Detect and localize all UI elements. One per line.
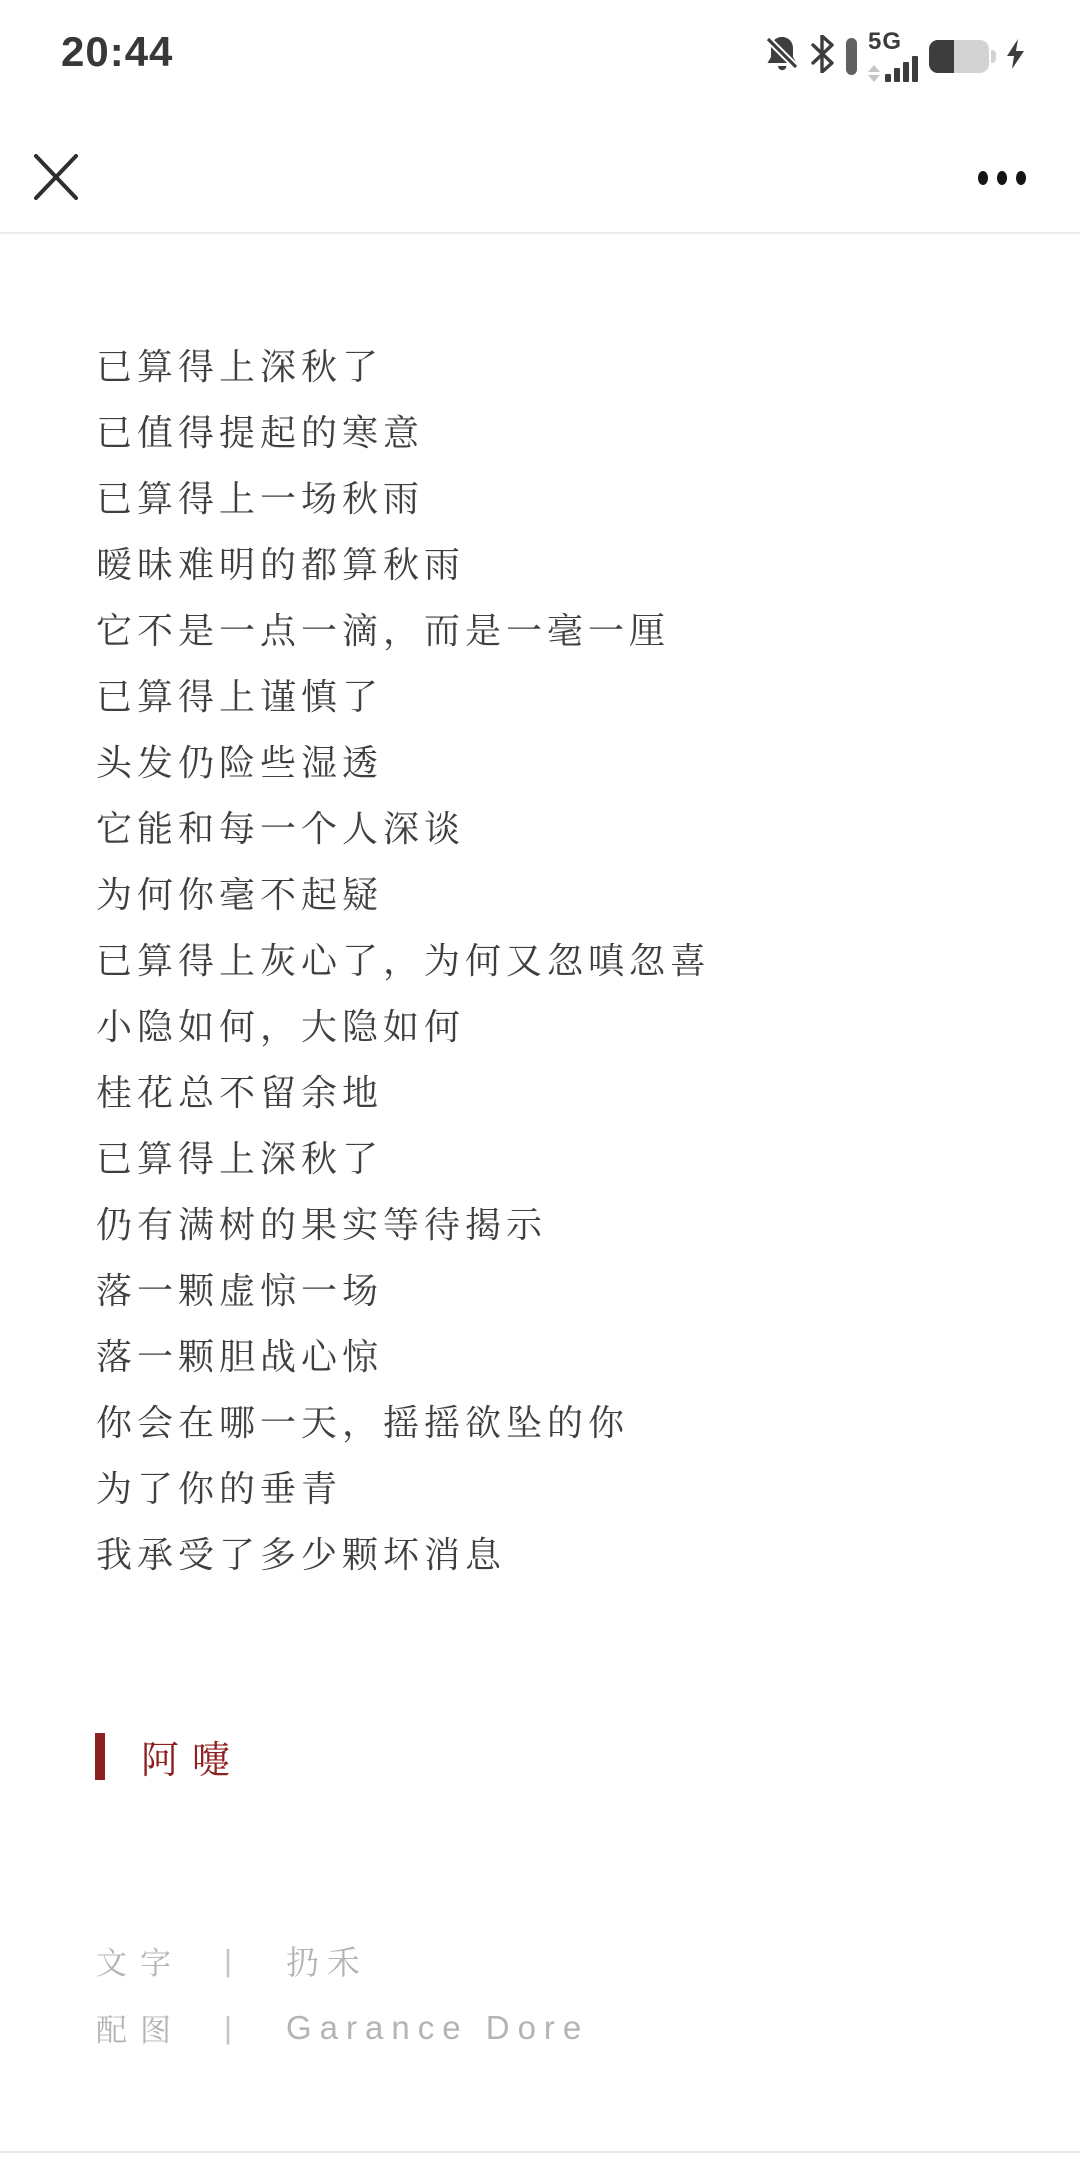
status-time: 20:44: [61, 28, 173, 76]
poem-line: 已算得上深秋了: [96, 1126, 1040, 1192]
poem-line: 小隐如何，大隐如何: [96, 994, 1040, 1060]
poem-line: 已值得提起的寒意: [96, 400, 1040, 466]
poem-line: 落一颗胆战心惊: [96, 1324, 1040, 1390]
poem-line: 已算得上灰心了，为何又忽嗔忽喜: [96, 928, 1040, 994]
credit-value: 扔禾: [286, 1937, 368, 1984]
status-icons: 5G: [764, 36, 1025, 76]
poem-line: 暧昧难明的都算秋雨: [96, 532, 1040, 598]
article-screen: 20:44 5G: [0, 0, 1080, 2175]
more-icon: [978, 171, 1026, 185]
more-button[interactable]: [978, 171, 1026, 185]
poem-line: 落一颗虚惊一场: [96, 1258, 1040, 1324]
nav-bar: [33, 152, 1026, 204]
network-type-label: 5G: [868, 30, 902, 54]
data-arrows-icon: [868, 65, 880, 82]
credits: 文字 | 扔禾 配图 | Garance Dore: [96, 1927, 589, 2061]
network-indicator: 5G: [868, 30, 918, 82]
poem-line: 桂花总不留余地: [96, 1060, 1040, 1126]
mute-icon: [764, 35, 800, 78]
title-accent-bar: [95, 1733, 105, 1780]
credit-separator: |: [224, 2010, 286, 2046]
article-title-block: 阿嚏: [95, 1729, 243, 1784]
poem-line: 已算得上谨慎了: [96, 664, 1040, 730]
poem-body: 已算得上深秋了 已值得提起的寒意 已算得上一场秋雨 暧昧难明的都算秋雨 它不是一…: [96, 334, 1040, 1588]
poem-line: 为何你毫不起疑: [96, 862, 1040, 928]
poem-line: 我承受了多少颗坏消息: [96, 1522, 1040, 1588]
poem-line: 它不是一点一滴，而是一毫一厘: [96, 598, 1040, 664]
poem-line: 已算得上一场秋雨: [96, 466, 1040, 532]
poem-line: 仍有满树的果实等待揭示: [96, 1192, 1040, 1258]
footer-divider: [0, 2151, 1080, 2153]
poem-line: 已算得上深秋了: [96, 334, 1040, 400]
header-divider: [0, 232, 1080, 234]
bluetooth-icon: [811, 35, 835, 78]
credit-value: Garance Dore: [286, 2009, 589, 2047]
poem-line: 它能和每一个人深谈: [96, 796, 1040, 862]
close-button[interactable]: [33, 154, 79, 203]
credit-label: 文字: [96, 1938, 224, 1983]
signal-bars-icon: [885, 56, 918, 82]
poem-line: 头发仍险些湿透: [96, 730, 1040, 796]
poem-line: 你会在哪一天，摇摇欲坠的你: [96, 1390, 1040, 1456]
credit-row: 配图 | Garance Dore: [96, 1994, 589, 2061]
credit-separator: |: [224, 1943, 286, 1979]
close-icon: [33, 154, 79, 203]
article-title: 阿嚏: [141, 1729, 243, 1784]
credit-label: 配图: [96, 2005, 224, 2050]
poem-line: 为了你的垂青: [96, 1456, 1040, 1522]
credit-row: 文字 | 扔禾: [96, 1927, 589, 1994]
battery-icon: [929, 40, 996, 73]
charging-bolt-icon: [1007, 39, 1025, 74]
bluetooth-device-battery-icon: [846, 38, 857, 75]
